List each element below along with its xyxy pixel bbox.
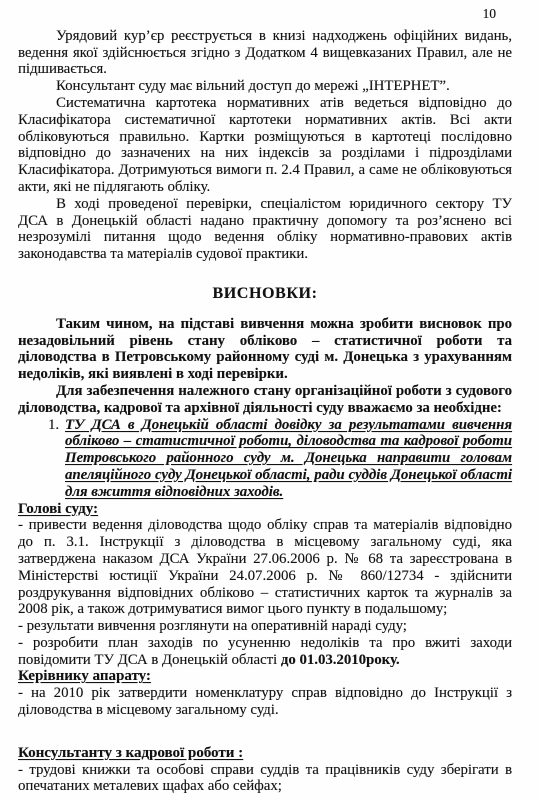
head-of-court-item-action-plan-text: - розробити план заходів по усуненню нед… (18, 635, 512, 668)
head-of-court-heading: Голові суду: (18, 501, 512, 518)
head-of-court-item-recordkeeping: - привести ведення діловодства щодо облі… (18, 517, 512, 618)
chief-of-staff-heading: Керівнику апарату: (18, 668, 512, 685)
hr-consultant-heading: Консультанту з кадрової роботи : (18, 745, 512, 762)
hr-consultant-item-storage: - трудові книжки та особові справи судді… (18, 762, 512, 796)
head-of-court-item-action-plan-deadline: до 01.03.2010року. (281, 652, 400, 668)
page-number: 10 (18, 6, 512, 23)
paragraph-internet-access: Консультант суду має вільний доступ до м… (18, 78, 512, 95)
document-page: 10 Урядовий кур’єр реєструється в книзі … (0, 0, 538, 800)
conclusions-heading: ВИСНОВКИ: (18, 286, 512, 303)
paragraph-card-index: Систематична картотека нормативних атів … (18, 95, 512, 196)
paragraph-conclusion-requirements: Для забезпечення належного стану організ… (18, 383, 512, 417)
paragraph-official-courier: Урядовий кур’єр реєструється в книзі над… (18, 28, 512, 78)
numbered-item-1-marker: 1. (48, 417, 65, 501)
numbered-item-1: 1. ТУ ДСА в Донецькій області довідку за… (48, 417, 512, 501)
paragraph-inspection-assistance: В ході проведеної перевірки, спеціалісто… (18, 196, 512, 263)
paragraph-conclusion-statement: Таким чином, на підставі вивчення можна … (18, 316, 512, 383)
chief-of-staff-item-nomenclature: - на 2010 рік затвердити номенклатуру сп… (18, 685, 512, 719)
numbered-item-1-text: ТУ ДСА в Донецькій області довідку за ре… (65, 417, 512, 501)
head-of-court-item-action-plan: - розробити план заходів по усуненню нед… (18, 635, 512, 669)
head-of-court-item-review-meeting: - результати вивчення розглянути на опер… (18, 618, 512, 635)
